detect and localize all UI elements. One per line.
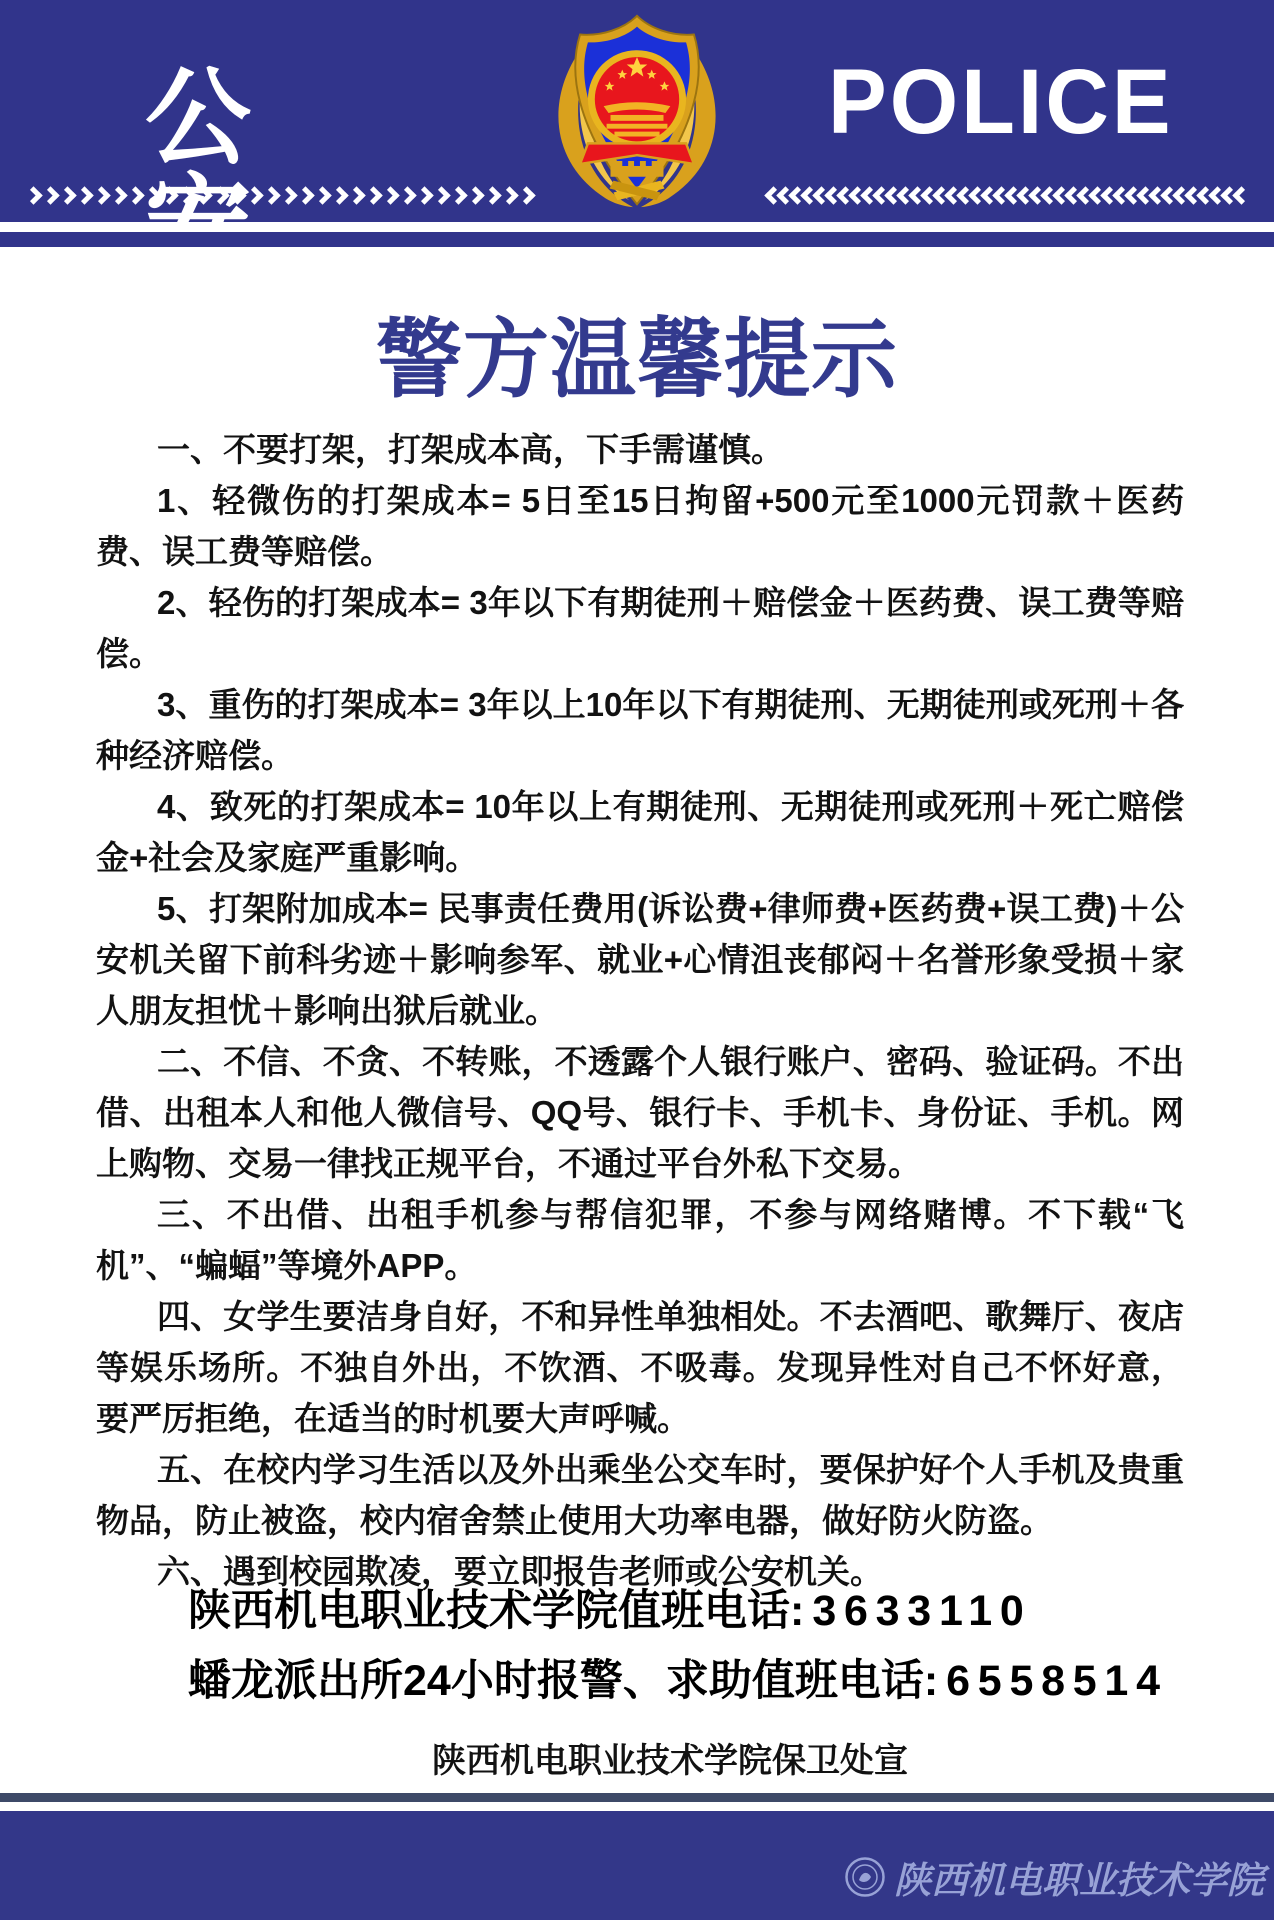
contact-number: 3633110 <box>812 1587 1031 1635</box>
tip-paragraph: 1、轻微伤的打架成本= 5日至15日拘留+500元至1000元罚款＋医药费、误工… <box>96 475 1184 577</box>
header-title-en: POLICE <box>828 56 1174 148</box>
chevron-right-strip-icon <box>27 179 539 211</box>
tip-paragraph: 五、在校内学习生活以及外出乘坐公交车时，要保护好个人手机及贵重物品，防止被盗，校… <box>96 1444 1184 1546</box>
poster-page: 公 安 <box>0 0 1274 1920</box>
tip-paragraph: 3、重伤的打架成本= 3年以上10年以下有期徒刑、无期徒刑或死刑＋各种经济赔偿。 <box>96 679 1184 781</box>
chevron-left-strip-icon <box>742 179 1248 211</box>
footer-banner: 陕西机电职业技术学院 <box>0 1811 1274 1920</box>
tip-paragraph: 三、不出借、出租手机参与帮信犯罪，不参与网络赌博。不下载“飞机”、“蝙蝠”等境外… <box>96 1189 1184 1291</box>
tip-paragraph: 二、不信、不贪、不转账，不透露个人银行账户、密码、验证码。不出借、出租本人和他人… <box>96 1036 1184 1189</box>
school-watermark-text: 陕西机电职业技术学院 <box>894 1850 1264 1904</box>
divider-bar <box>0 232 1274 247</box>
contact-block: 陕西机电职业技术学院值班电话:3633110 蟠龙派出所24小时报警、求助值班电… <box>188 1576 1168 1716</box>
tip-paragraph: 4、致死的打架成本= 10年以上有期徒刑、无期徒刑或死刑＋死亡赔偿金+社会及家庭… <box>96 781 1184 883</box>
school-seal-icon <box>844 1856 886 1898</box>
footer-divider-bar <box>0 1793 1274 1802</box>
poster-title: 警方温馨提示 <box>0 290 1274 414</box>
contact-line-police-station: 蟠龙派出所24小时报警、求助值班电话:6558514 <box>188 1646 1168 1716</box>
contact-number: 6558514 <box>946 1657 1168 1705</box>
contact-line-school: 陕西机电职业技术学院值班电话:3633110 <box>188 1576 1168 1646</box>
tip-paragraph: 2、轻伤的打架成本= 3年以下有期徒刑＋赔偿金＋医药费、误工费等赔偿。 <box>96 577 1184 679</box>
header-banner: 公 安 <box>0 0 1274 222</box>
police-badge-icon <box>538 8 736 216</box>
tip-paragraph: 四、女学生要洁身自好，不和异性单独相处。不去酒吧、歌舞厅、夜店等娱乐场所。不独自… <box>96 1291 1184 1444</box>
tip-paragraph: 一、不要打架，打架成本高，下手需谨慎。 <box>96 424 1184 475</box>
attribution-line: 陕西机电职业技术学院保卫处宣 <box>0 1733 908 1782</box>
contact-label: 陕西机电职业技术学院值班电话: <box>188 1587 804 1635</box>
tip-paragraph: 5、打架附加成本= 民事责任费用(诉讼费+律师费+医药费+误工费)＋公安机关留下… <box>96 883 1184 1036</box>
tips-body: 一、不要打架，打架成本高，下手需谨慎。 1、轻微伤的打架成本= 5日至15日拘留… <box>96 424 1184 1597</box>
contact-label: 蟠龙派出所24小时报警、求助值班电话: <box>188 1657 938 1705</box>
school-watermark: 陕西机电职业技术学院 <box>844 1850 1264 1904</box>
